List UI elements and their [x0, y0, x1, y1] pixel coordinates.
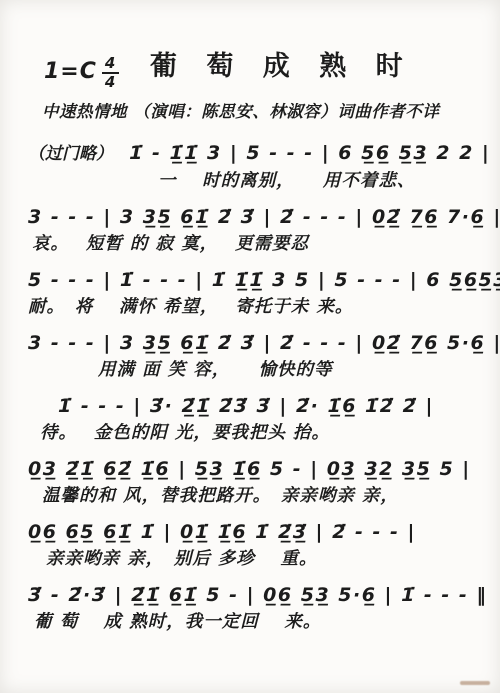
watermark-mark	[460, 681, 490, 685]
lyrics-line: 哀。 短暂 的 寂 寞， 更需要忍	[28, 232, 490, 257]
tempo-and-credits: 中速热情地 （演唱：陈思安、林淑容）词曲作者不详	[42, 98, 439, 122]
time-signature-numerator: 4	[102, 56, 119, 74]
time-signature: 4 4	[102, 56, 119, 90]
notation-score: （过门略） 1̇ - 1̲̇1̲̇ 3 | 5 - - - | 6 5̲6̲ 5…	[0, 136, 500, 635]
song-title: 葡 萄 成 熟 时	[150, 44, 412, 83]
notes-line: 0̲6̲ 6̲5̲ 6̲1̲̇ 1̇ | 0̲1̲̇ 1̲̇6̲ 1̇ 2̲̇3…	[28, 517, 490, 547]
system-3: 5 - - - | 1̇ - - - | 1̇ 1̲̇1̲̇ 3 5 | 5 -…	[28, 265, 490, 320]
notes-text: 1̇ - 1̲̇1̲̇ 3 | 5 - - - | 6 5̲6̲ 5̲3̲ 2 …	[129, 142, 490, 164]
lyrics-line: 葡 萄 成 熟时，我一定回 来。	[28, 610, 490, 635]
score-header: 1=C 4 4 葡 萄 成 熟 时 中速热情地 （演唱：陈思安、林淑容）词曲作者…	[0, 0, 500, 136]
time-signature-denominator: 4	[105, 74, 116, 90]
system-6: 0̲3̲ 2̲̇1̲̇ 6̲2̲̇ 1̲̇6̲ | 5̲3̲ 1̲̇6̲ 5 -…	[28, 454, 490, 509]
key-label: 1=C	[44, 59, 97, 84]
notes-line: 3 - - - | 3 3̲5̲ 6̲1̲̇ 2̇ 3̇ | 2̇ - - - …	[28, 328, 490, 358]
notes-line: 1̇ - - - | 3̇· 2̲̇1̲̇ 2̇3̇ 3̇ | 2̇· 1̲̇6…	[28, 391, 490, 421]
notes-line: 3 - - - | 3 3̲5̲ 6̲1̲̇ 2̇ 3̇ | 2̇ - - - …	[28, 202, 490, 232]
lyrics-line: 一 时的离别， 用不着悲、	[28, 169, 490, 194]
lyrics-line: 用满 面 笑 容， 愉快的等	[28, 358, 490, 383]
notes-line: 3̇ - 2̇·3̇ | 2̲̇1̲̇ 6̲1̲̇ 5 - | 0̲6̲ 5̲3…	[28, 580, 490, 610]
lyrics-line: 待。 金色的阳 光，要我把头 抬。	[28, 421, 490, 446]
tempo-marking: 中速热情地	[42, 102, 127, 121]
system-5: 1̇ - - - | 3̇· 2̲̇1̲̇ 2̇3̇ 3̇ | 2̇· 1̲̇6…	[28, 391, 490, 446]
system-4: 3 - - - | 3 3̲5̲ 6̲1̲̇ 2̇ 3̇ | 2̇ - - - …	[28, 328, 490, 383]
system-8: 3̇ - 2̇·3̇ | 2̲̇1̲̇ 6̲1̲̇ 5 - | 0̲6̲ 5̲3…	[28, 580, 490, 635]
lyrics-line: 亲亲哟亲 亲， 别后 多珍 重。	[28, 547, 490, 572]
system-2: 3 - - - | 3 3̲5̲ 6̲1̲̇ 2̇ 3̇ | 2̇ - - - …	[28, 202, 490, 257]
notes-line: （过门略） 1̇ - 1̲̇1̲̇ 3 | 5 - - - | 6 5̲6̲ 5…	[28, 138, 490, 169]
performer-credits: （演唱：陈思安、林淑容）词曲作者不详	[133, 102, 439, 121]
system-1: （过门略） 1̇ - 1̲̇1̲̇ 3 | 5 - - - | 6 5̲6̲ 5…	[28, 138, 490, 194]
sheet-music-page: 1=C 4 4 葡 萄 成 熟 时 中速热情地 （演唱：陈思安、林淑容）词曲作者…	[0, 0, 500, 693]
lyrics-line: 耐。 将 满怀 希望， 寄托于未 来。	[28, 295, 490, 320]
lyrics-line: 温馨的和 风，替我把路开。 亲亲哟亲 亲，	[28, 484, 490, 509]
intro-omitted-note: （过门略）	[28, 144, 113, 164]
system-7: 0̲6̲ 6̲5̲ 6̲1̲̇ 1̇ | 0̲1̲̇ 1̲̇6̲ 1̇ 2̲̇3…	[28, 517, 490, 572]
notes-line: 5 - - - | 1̇ - - - | 1̇ 1̲̇1̲̇ 3 5 | 5 -…	[28, 265, 490, 295]
notes-line: 0̲3̲ 2̲̇1̲̇ 6̲2̲̇ 1̲̇6̲ | 5̲3̲ 1̲̇6̲ 5 -…	[28, 454, 490, 484]
key-signature: 1=C 4 4	[44, 52, 119, 90]
